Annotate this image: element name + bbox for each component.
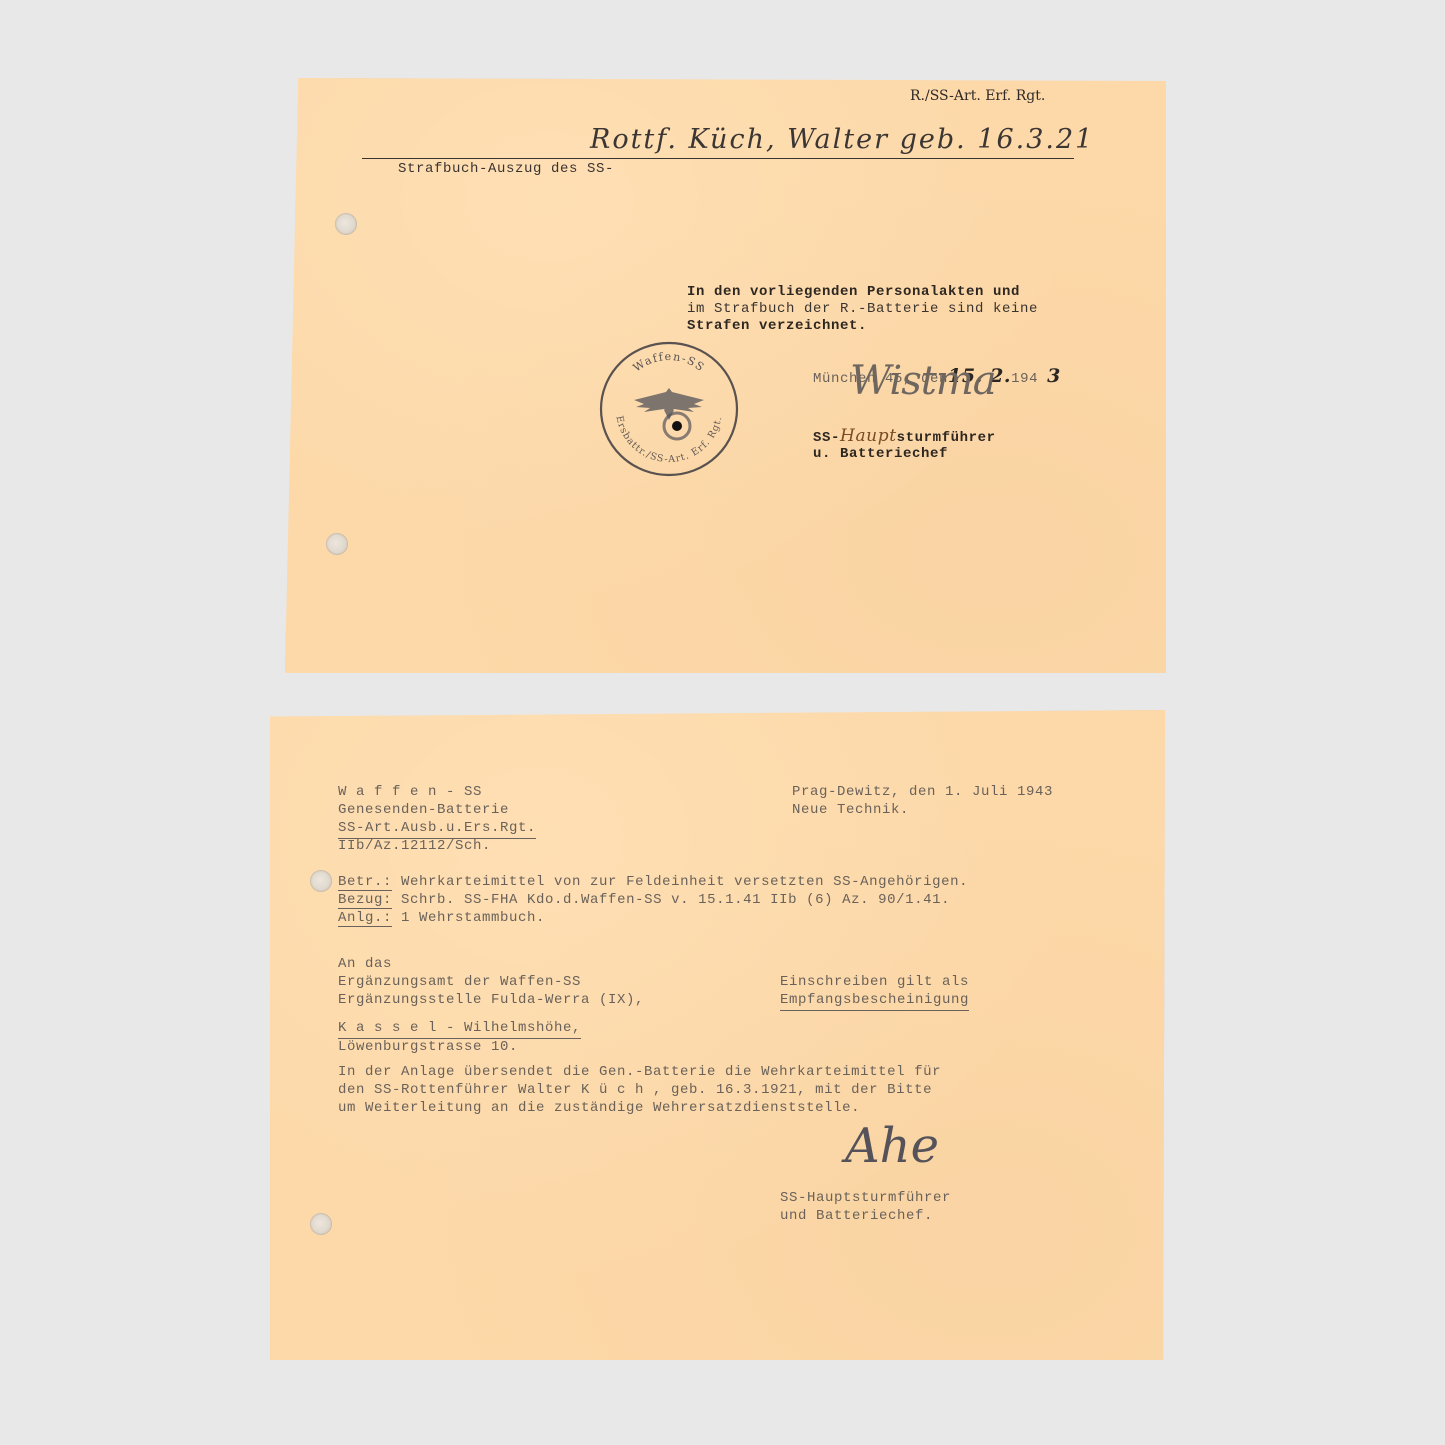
reference-basis: Bezug: Schrb. SS-FHA Kdo.d.Waffen-SS v. …: [338, 892, 950, 909]
rank-line: SS-Hauptsturmführer: [813, 428, 996, 447]
reference-subject: Betr.: Wehrkarteimittel von zur Feldeinh…: [338, 874, 968, 891]
transfer-letter-sheet: W a f f e n - SS Genesenden-Batterie SS-…: [270, 710, 1165, 1360]
punch-hole: [335, 213, 357, 235]
punch-hole: [310, 870, 332, 892]
recipient-line: Ergänzungsstelle Fulda-Werra (IX),: [338, 992, 644, 1009]
body-line: Strafen verzeichnet.: [687, 318, 867, 335]
body-line: In den vorliegenden Personalakten und: [687, 284, 1020, 301]
sender-line: W a f f e n - SS: [338, 784, 482, 801]
reference-enclosure: Anlg.: 1 Wehrstammbuch.: [338, 910, 545, 927]
punch-hole: [310, 1213, 332, 1235]
body-line: In der Anlage übersendet die Gen.-Batter…: [338, 1064, 941, 1081]
eagle-stamp-icon: Waffen-SS Ersbattr./SS-Art. Erf. Rgt.: [598, 338, 740, 480]
unit-header: R./SS-Art. Erf. Rgt.: [910, 88, 1045, 104]
svg-text:Ersbattr./SS-Art. Erf. Rgt.: Ersbattr./SS-Art. Erf. Rgt.: [613, 415, 724, 465]
place-sub: Neue Technik.: [792, 802, 909, 819]
file-reference: IIb/Az.12112/Sch.: [338, 838, 491, 855]
registered-note: Empfangsbescheinigung: [780, 992, 969, 1011]
registered-note: Einschreiben gilt als: [780, 974, 969, 991]
rank-line: SS-Hauptsturmführer: [780, 1190, 951, 1207]
punch-hole: [326, 533, 348, 555]
recipient-line: Ergänzungsamt der Waffen-SS: [338, 974, 581, 991]
body-line: im Strafbuch der R.-Batterie sind keine: [687, 301, 1038, 318]
sender-line: Genesenden-Batterie: [338, 802, 509, 819]
signature: Wistma: [850, 358, 996, 404]
body-line: den SS-Rottenführer Walter K ü c h , geb…: [338, 1082, 932, 1099]
rank-line-2: und Batteriechef.: [780, 1208, 933, 1225]
body-line: um Weiterleitung an die zuständige Wehre…: [338, 1100, 860, 1117]
document-title-handwritten: Rottf. Küch, Walter geb. 16.3.21: [590, 124, 1094, 155]
document-title-typed: Strafbuch-Auszug des SS-: [398, 161, 614, 177]
official-stamp: Waffen-SS Ersbattr./SS-Art. Erf. Rgt.: [598, 338, 740, 480]
place-date: Prag-Dewitz, den 1. Juli 1943: [792, 784, 1053, 801]
svg-text:Waffen-SS: Waffen-SS: [631, 350, 708, 375]
recipient-city: K a s s e l - Wilhelmshöhe,: [338, 1020, 581, 1039]
sender-line: SS-Art.Ausb.u.Ers.Rgt.: [338, 820, 536, 839]
recipient-line: An das: [338, 956, 392, 973]
rank-line-2: u. Batteriechef: [813, 446, 948, 463]
recipient-street: Löwenburgstrasse 10.: [338, 1039, 518, 1056]
signature: Ahe: [845, 1118, 939, 1174]
